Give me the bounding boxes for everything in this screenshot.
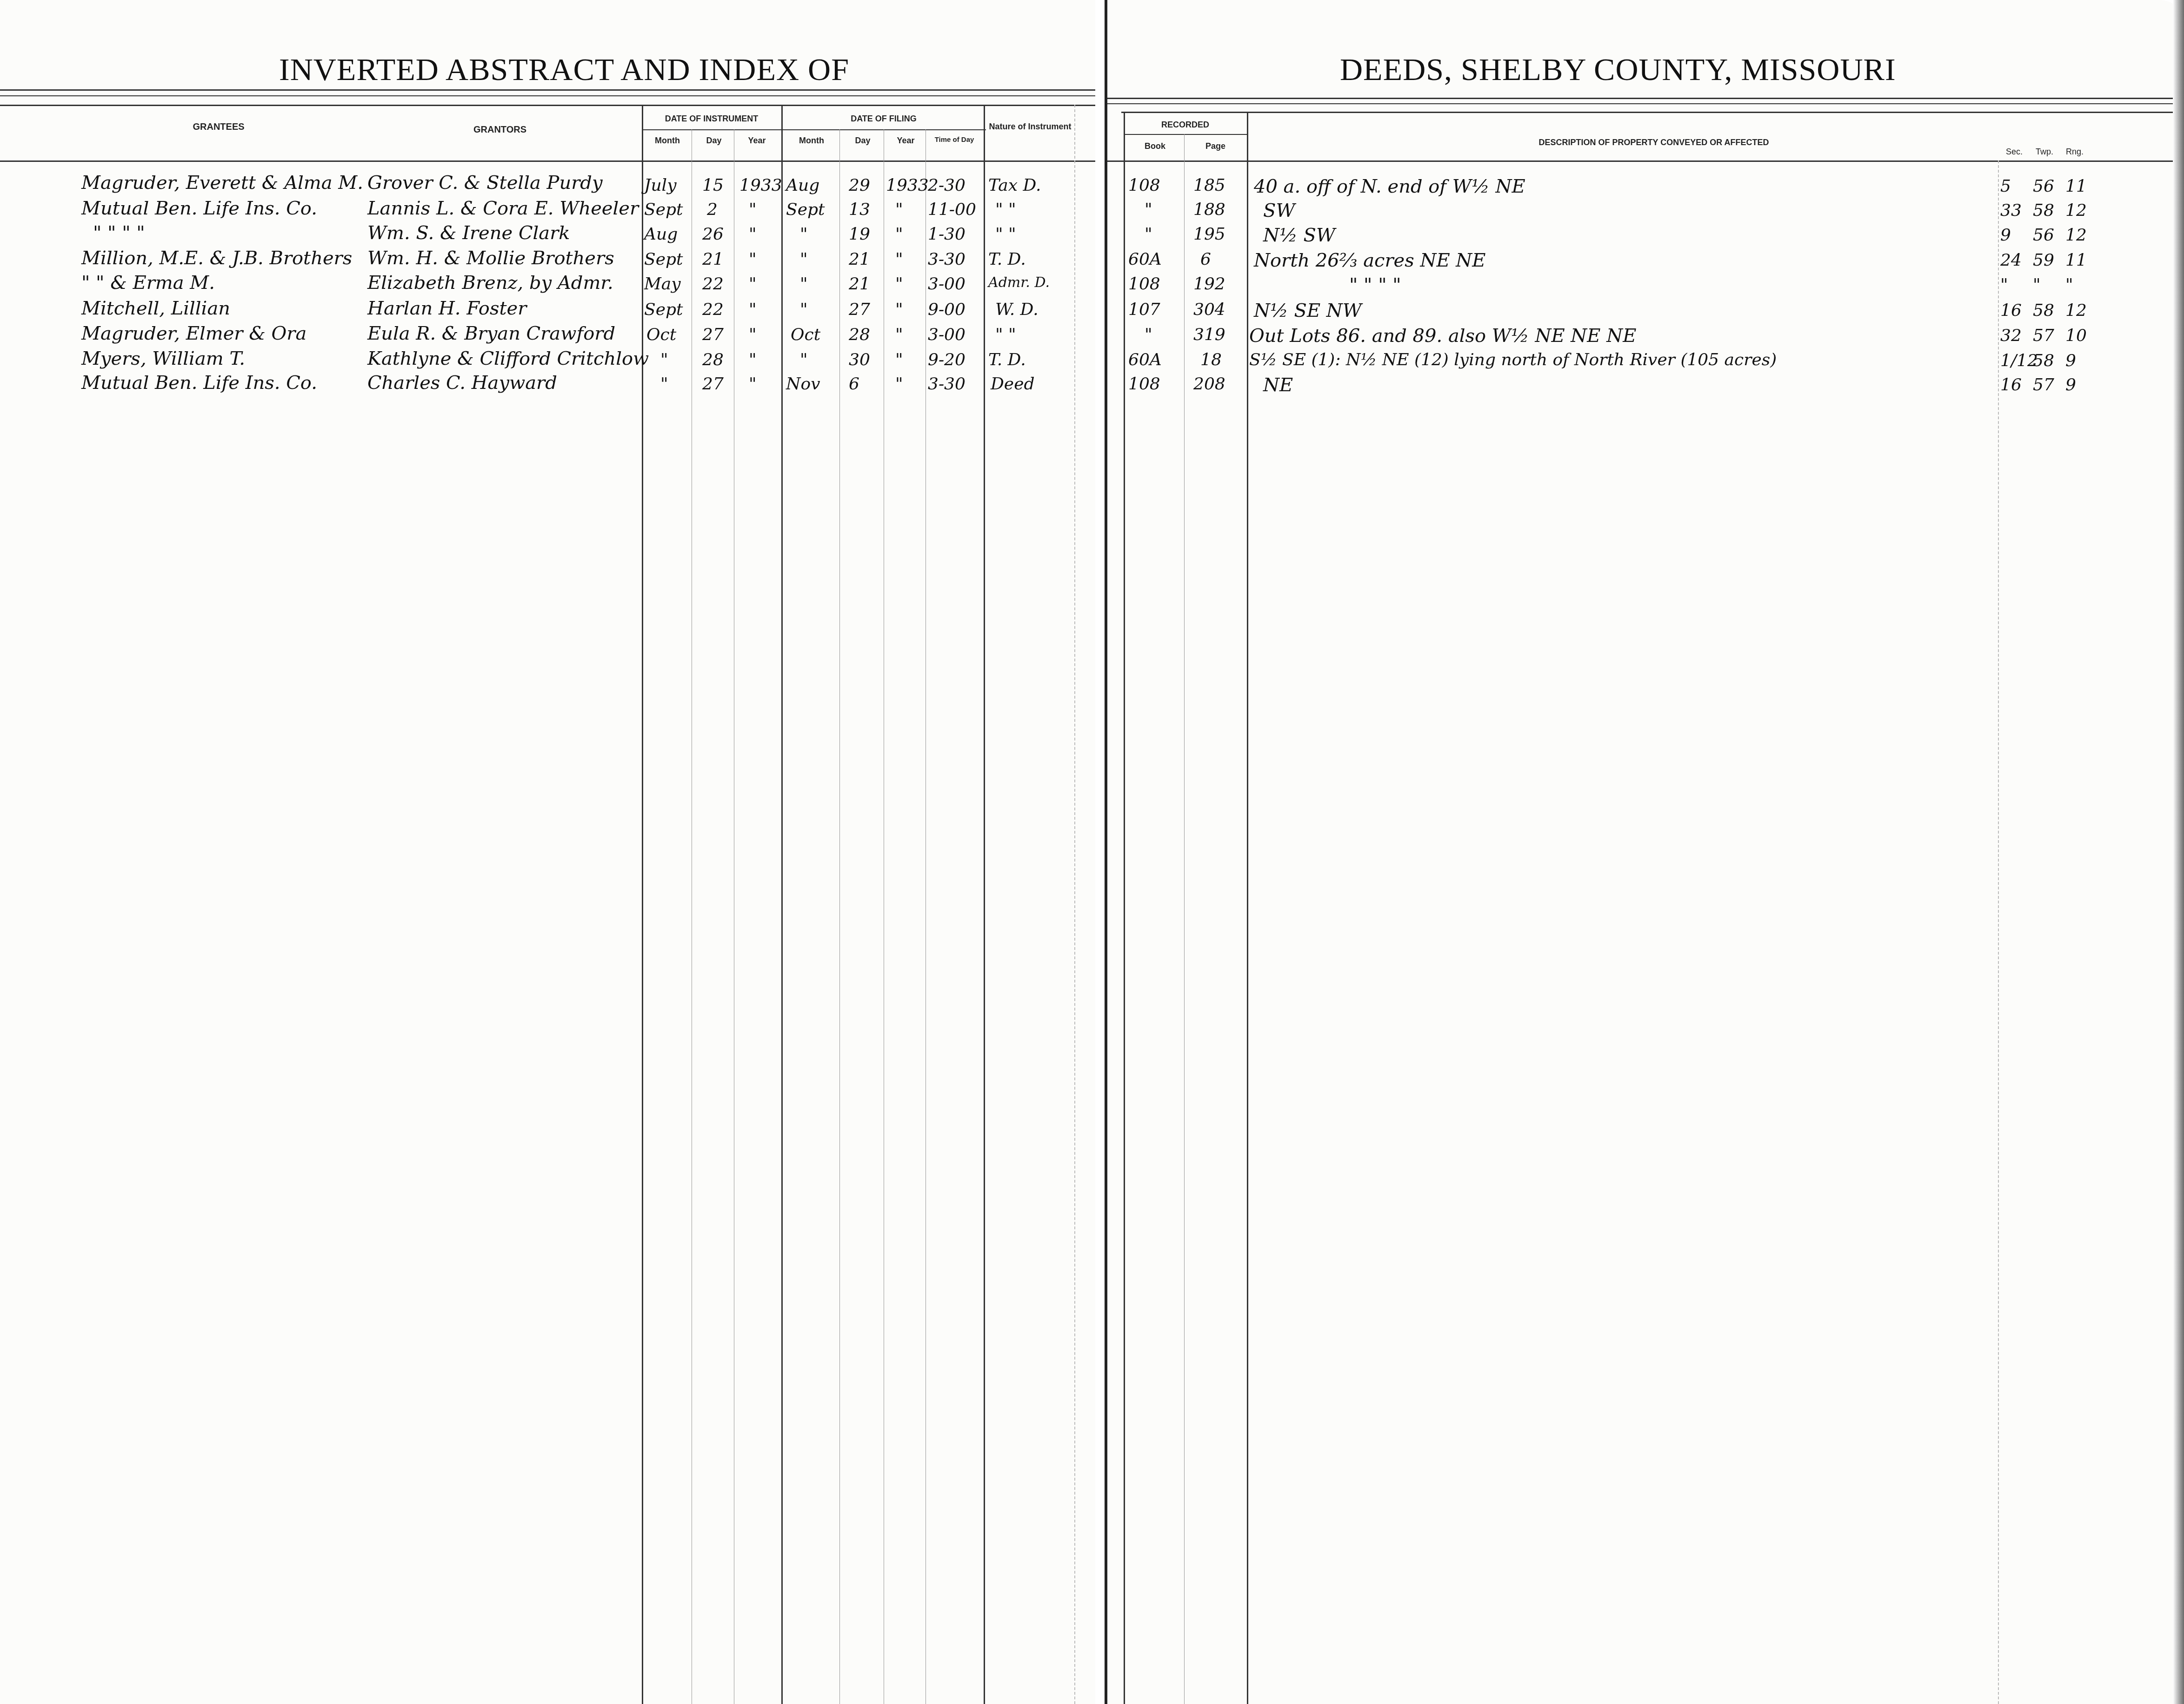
file-day: 30 [849,350,870,369]
inst-month: Oct [646,325,676,344]
col-divider [781,105,783,1704]
file-month: Oct [791,325,820,344]
inst-year: " [749,250,757,269]
nature: " " [995,225,1016,244]
book: 60A [1128,350,1162,369]
description: North 26⅔ acres NE NE [1254,250,1486,271]
rng: 12 [2065,226,2087,245]
nature: T. D. [988,250,1026,269]
nature: W. D. [995,300,1039,319]
file-day: 13 [849,200,870,219]
header-recorded: RECORDED [1126,120,1245,130]
file-year: 1933 [886,176,929,195]
header-twp: Twp. [2031,147,2058,157]
file-month: Aug [786,176,819,195]
file-time: 9-20 [928,350,965,369]
twp: 59 [2033,251,2054,270]
header-date-of-filing: DATE OF FILING [786,114,981,124]
file-day: 21 [849,250,870,269]
header-top-rule [1121,112,2184,113]
ledger-left-page: INVERTED ABSTRACT AND INDEX OF GRANTEES … [0,0,1098,1704]
header-filing-year: Year [886,136,926,146]
page: 319 [1193,325,1225,344]
nature: Deed [991,374,1035,394]
rng: 11 [2065,251,2087,270]
grantee: Mitchell, Lillian [81,298,230,319]
nature: Admr. D. [988,274,1050,291]
inst-day: 27 [702,374,724,394]
sec: 5 [2000,177,2011,196]
sec: 1/12 [2000,351,2038,370]
file-time: 3-30 [928,250,965,269]
grantor: Wm. H. & Mollie Brothers [367,247,614,269]
file-year: " [895,300,903,319]
description: N½ SE NW [1254,300,1362,321]
title-rule [1107,98,2184,99]
twp: 58 [2033,301,2054,320]
header-filing-time: Time of Day [926,136,982,144]
title-rule-thin [0,95,1095,96]
header-rng: Rng. [2061,147,2089,157]
page: 192 [1193,274,1225,294]
file-month: " [800,225,808,244]
file-year: " [895,374,903,394]
col-divider [642,105,643,1704]
page: 195 [1193,225,1225,244]
inst-month: " [660,374,668,394]
sec: 33 [2000,201,2022,220]
header-book: Book [1126,141,1184,151]
description: N½ SW [1263,225,1335,246]
col-divider [692,129,692,1704]
file-day: 6 [849,374,859,394]
col-divider [734,129,734,1704]
page: 6 [1200,250,1211,269]
grantee: " " & Erma M. [81,272,215,294]
twp: 57 [2033,375,2054,394]
page: 304 [1193,300,1225,319]
title-rule-thin [1107,103,2184,104]
description: S½ SE (1): N½ NE (12) lying north of Nor… [1249,350,1777,369]
page: 208 [1193,374,1225,394]
col-divider [1998,160,1999,1704]
grantor: Lannis L. & Cora E. Wheeler [367,198,639,219]
grantee: Magruder, Elmer & Ora [81,323,306,344]
file-time: 3-00 [928,325,965,344]
twp: 57 [2033,326,2054,345]
title-rule [0,89,1095,91]
header-sec: Sec. [2000,147,2028,157]
inst-day: 22 [702,300,724,319]
description: " " " " [1349,274,1401,296]
grantor: Wm. S. & Irene Clark [367,222,570,244]
file-day: 28 [849,325,870,344]
grantee: " " " " [93,222,145,244]
file-month: " [800,250,808,269]
sec: 32 [2000,326,2022,345]
page: 18 [1200,350,1222,369]
header-date-of-instrument: DATE OF INSTRUMENT [644,114,779,124]
file-time: 1-30 [928,225,965,244]
inst-year: " [749,200,757,219]
file-month: Sept [786,200,825,219]
inst-month: Aug [644,225,678,244]
col-divider [884,129,884,1704]
file-day: 21 [849,274,870,294]
header-page: Page [1186,141,1245,151]
sec: " [2000,275,2008,294]
grantee: Magruder, Everett & Alma M. [81,172,363,194]
inst-day: 27 [702,325,724,344]
header-grantees: GRANTEES [172,122,265,133]
inst-month: Sept [644,200,683,219]
header-grantors: GRANTORS [442,125,558,135]
description: SW [1263,200,1295,221]
inst-day: 2 [707,200,718,219]
sec: 24 [2000,251,2022,270]
inst-month: Sept [644,300,683,319]
left-page-title: INVERTED ABSTRACT AND INDEX OF [279,51,849,88]
grantor: Kathlyne & Clifford Critchlow [367,348,649,369]
twp: 56 [2033,177,2054,196]
header-description: DESCRIPTION OF PROPERTY CONVEYED OR AFFE… [1247,138,2061,147]
header-inst-day: Day [695,136,732,146]
rng: 10 [2065,326,2087,345]
description: 40 a. off of N. end of W½ NE [1254,176,1525,197]
inst-year: " [749,325,757,344]
nature: " " [995,200,1016,219]
col-divider [926,129,926,1704]
twp: 56 [2033,226,2054,245]
inst-month: July [644,176,676,195]
file-day: 27 [849,300,870,319]
book: 108 [1128,176,1160,195]
file-time: 3-30 [928,374,965,394]
book: 108 [1128,374,1160,394]
rng: " [2065,275,2073,294]
grantor: Harlan H. Foster [367,298,526,319]
twp: 58 [2033,351,2054,370]
inst-day: 21 [702,250,724,269]
book: 60A [1128,250,1162,269]
file-year: " [895,225,903,244]
inst-year: 1933 [739,176,782,195]
rng: 9 [2065,351,2076,370]
grantee: Mutual Ben. Life Ins. Co. [81,198,317,219]
inst-year: " [749,374,757,394]
nature: T. D. [988,350,1026,369]
inst-month: May [644,274,681,294]
file-time: 2-30 [928,176,965,195]
inst-year: " [749,274,757,294]
file-month: " [800,350,808,369]
rng: 11 [2065,177,2087,196]
recorded-subrule [1124,134,1247,135]
inst-day: 26 [702,225,724,244]
col-divider [1124,112,1125,1704]
grantor: Elizabeth Brenz, by Admr. [367,272,613,294]
file-time: 11-00 [928,200,976,219]
inst-day: 15 [702,176,724,195]
page: 188 [1193,200,1225,219]
col-divider [839,129,840,1704]
col-divider [1184,134,1185,1704]
file-day: 29 [849,176,870,195]
page: 185 [1193,176,1225,195]
right-page-title: DEEDS, SHELBY COUNTY, MISSOURI [1340,51,1896,88]
header-inst-month: Month [646,136,688,146]
file-month: Nov [786,374,820,394]
col-divider [1247,112,1248,1704]
nature: Tax D. [988,176,1041,195]
header-bottom-rule [1107,160,2184,162]
rng: 9 [2065,375,2076,394]
col-divider [1074,105,1075,1704]
twp: 58 [2033,201,2054,220]
col-divider [984,105,985,1704]
sec: 9 [2000,226,2011,245]
inst-month: " [660,350,668,369]
file-time: 9-00 [928,300,965,319]
book: " [1145,200,1152,219]
grantor: Charles C. Hayward [367,372,557,394]
header-top-rule [0,105,1095,106]
book: " [1145,325,1152,344]
rng: 12 [2065,301,2087,320]
inst-year: " [749,350,757,369]
sec: 16 [2000,375,2022,394]
grantee: Myers, William T. [81,348,245,369]
ledger-right-page: DEEDS, SHELBY COUNTY, MISSOURI RECORDED … [1105,0,2184,1704]
twp: " [2033,275,2041,294]
file-year: " [895,200,903,219]
description: Out Lots 86. and 89. also W½ NE NE NE [1249,325,1636,347]
file-year: " [895,350,903,369]
file-month: " [800,300,808,319]
grantor: Eula R. & Bryan Crawford [367,323,615,344]
grantee: Million, M.E. & J.B. Brothers [81,247,352,269]
file-day: 19 [849,225,870,244]
book: 107 [1128,300,1160,319]
file-year: " [895,274,903,294]
header-bottom-rule [0,160,1095,162]
inst-day: 28 [702,350,724,369]
description: NE [1263,374,1293,396]
header-filing-month: Month [786,136,837,146]
file-time: 3-00 [928,274,965,294]
grantee: Mutual Ben. Life Ins. Co. [81,372,317,394]
grantor: Grover C. & Stella Purdy [367,172,603,194]
nature: " " [995,325,1016,344]
header-nature: Nature of Instrument [986,122,1074,132]
book: " [1145,225,1152,244]
inst-subrule [642,129,781,130]
book: 108 [1128,274,1160,294]
inst-month: Sept [644,250,683,269]
page-edge-shadow [2173,0,2184,1704]
sec: 16 [2000,301,2022,320]
file-month: " [800,274,808,294]
inst-day: 22 [702,274,724,294]
file-year: " [895,250,903,269]
rng: 12 [2065,201,2087,220]
header-filing-day: Day [842,136,884,146]
header-inst-year: Year [737,136,777,146]
file-year: " [895,325,903,344]
inst-year: " [749,300,757,319]
inst-year: " [749,225,757,244]
